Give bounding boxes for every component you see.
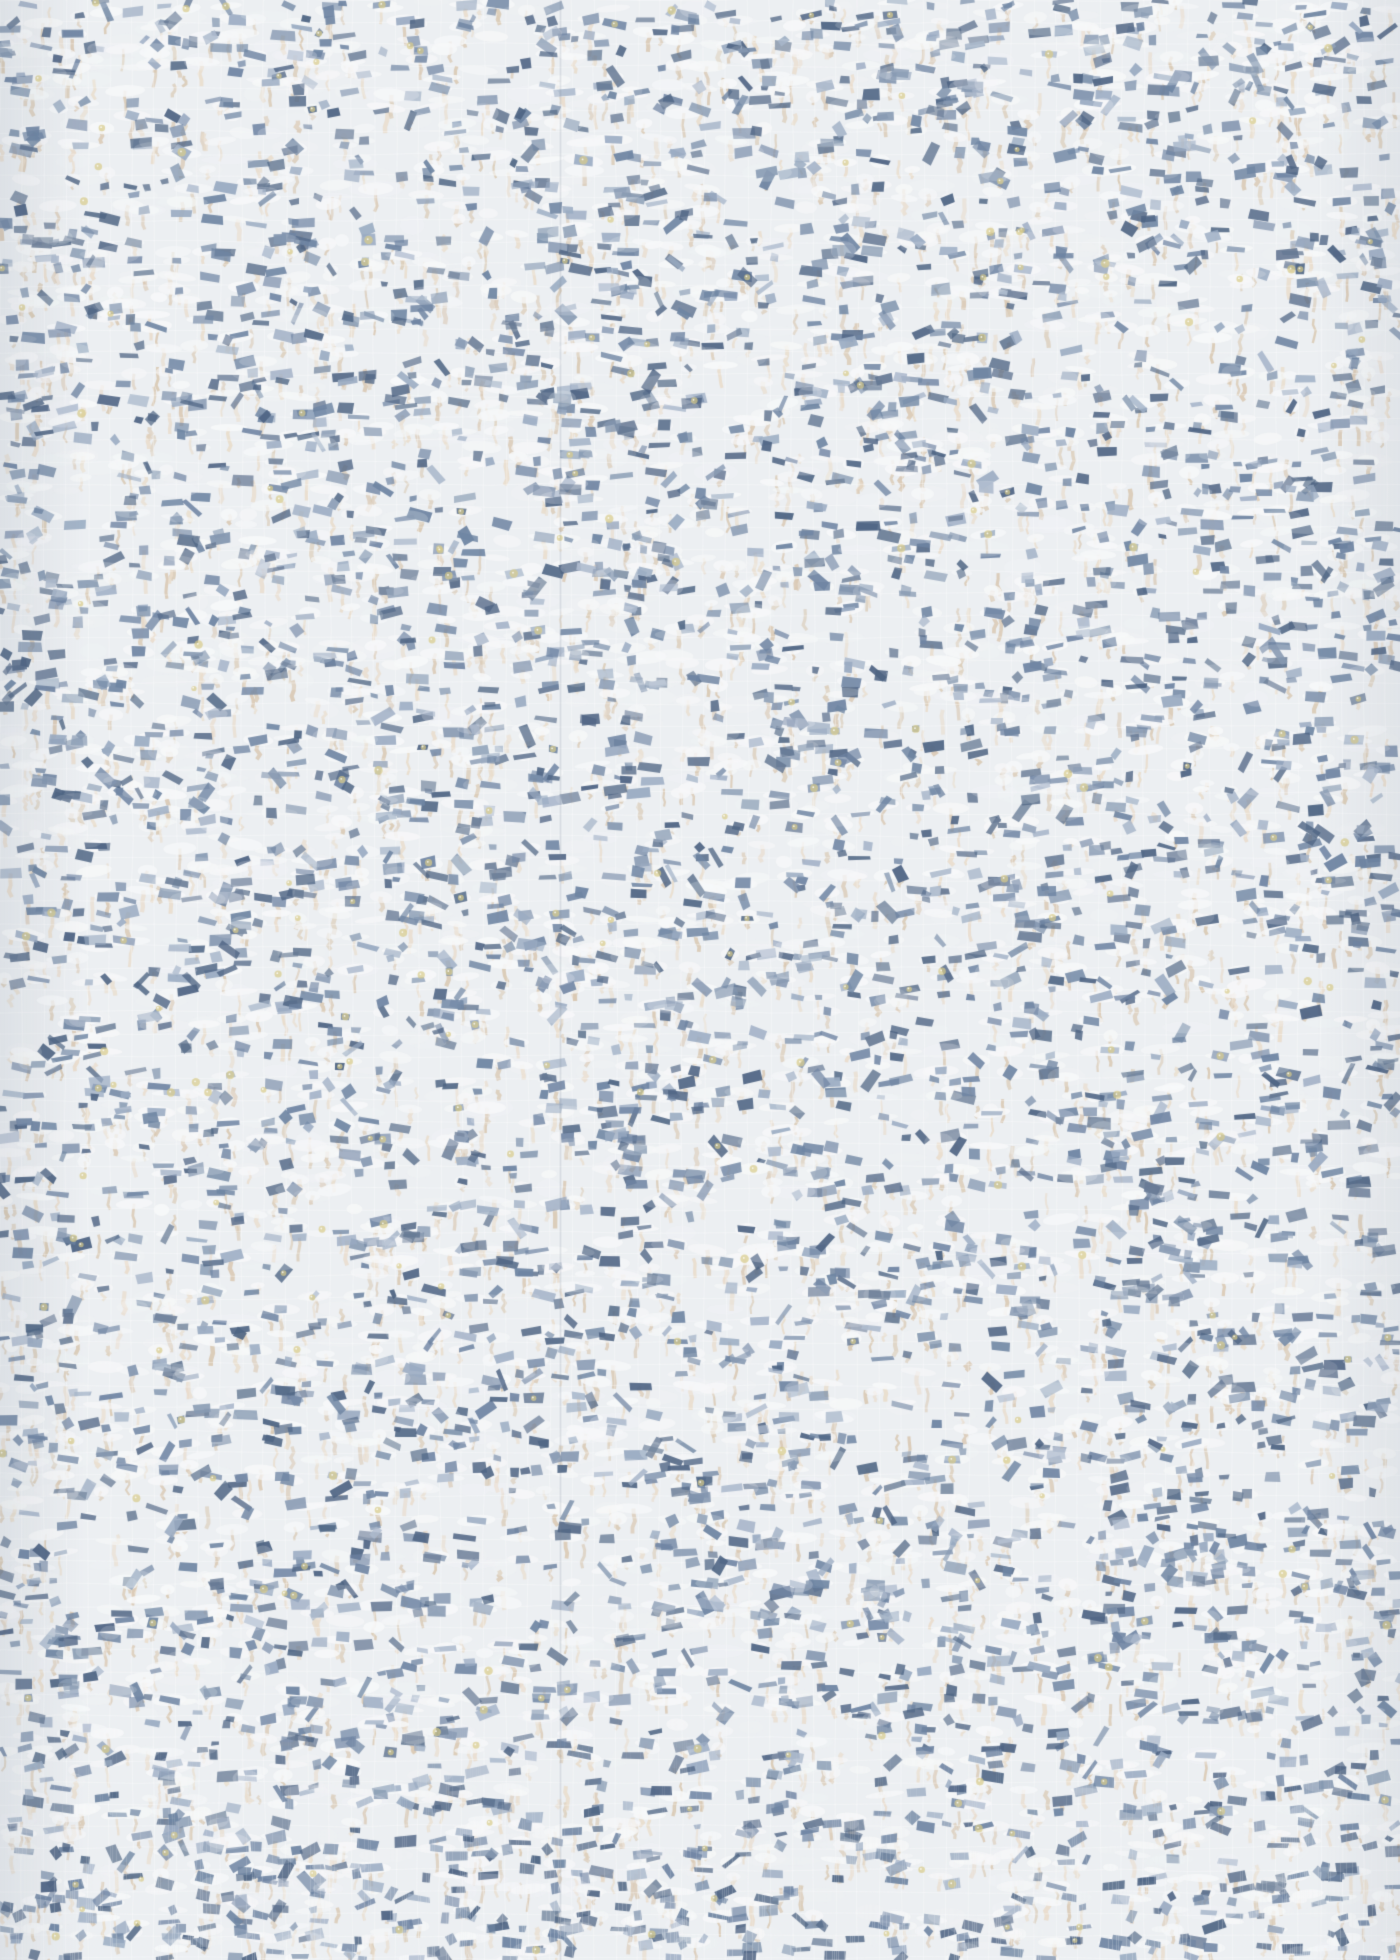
fabric-texture-canvas: [0, 0, 1400, 1960]
tweed-fabric-photo: [0, 0, 1400, 1960]
